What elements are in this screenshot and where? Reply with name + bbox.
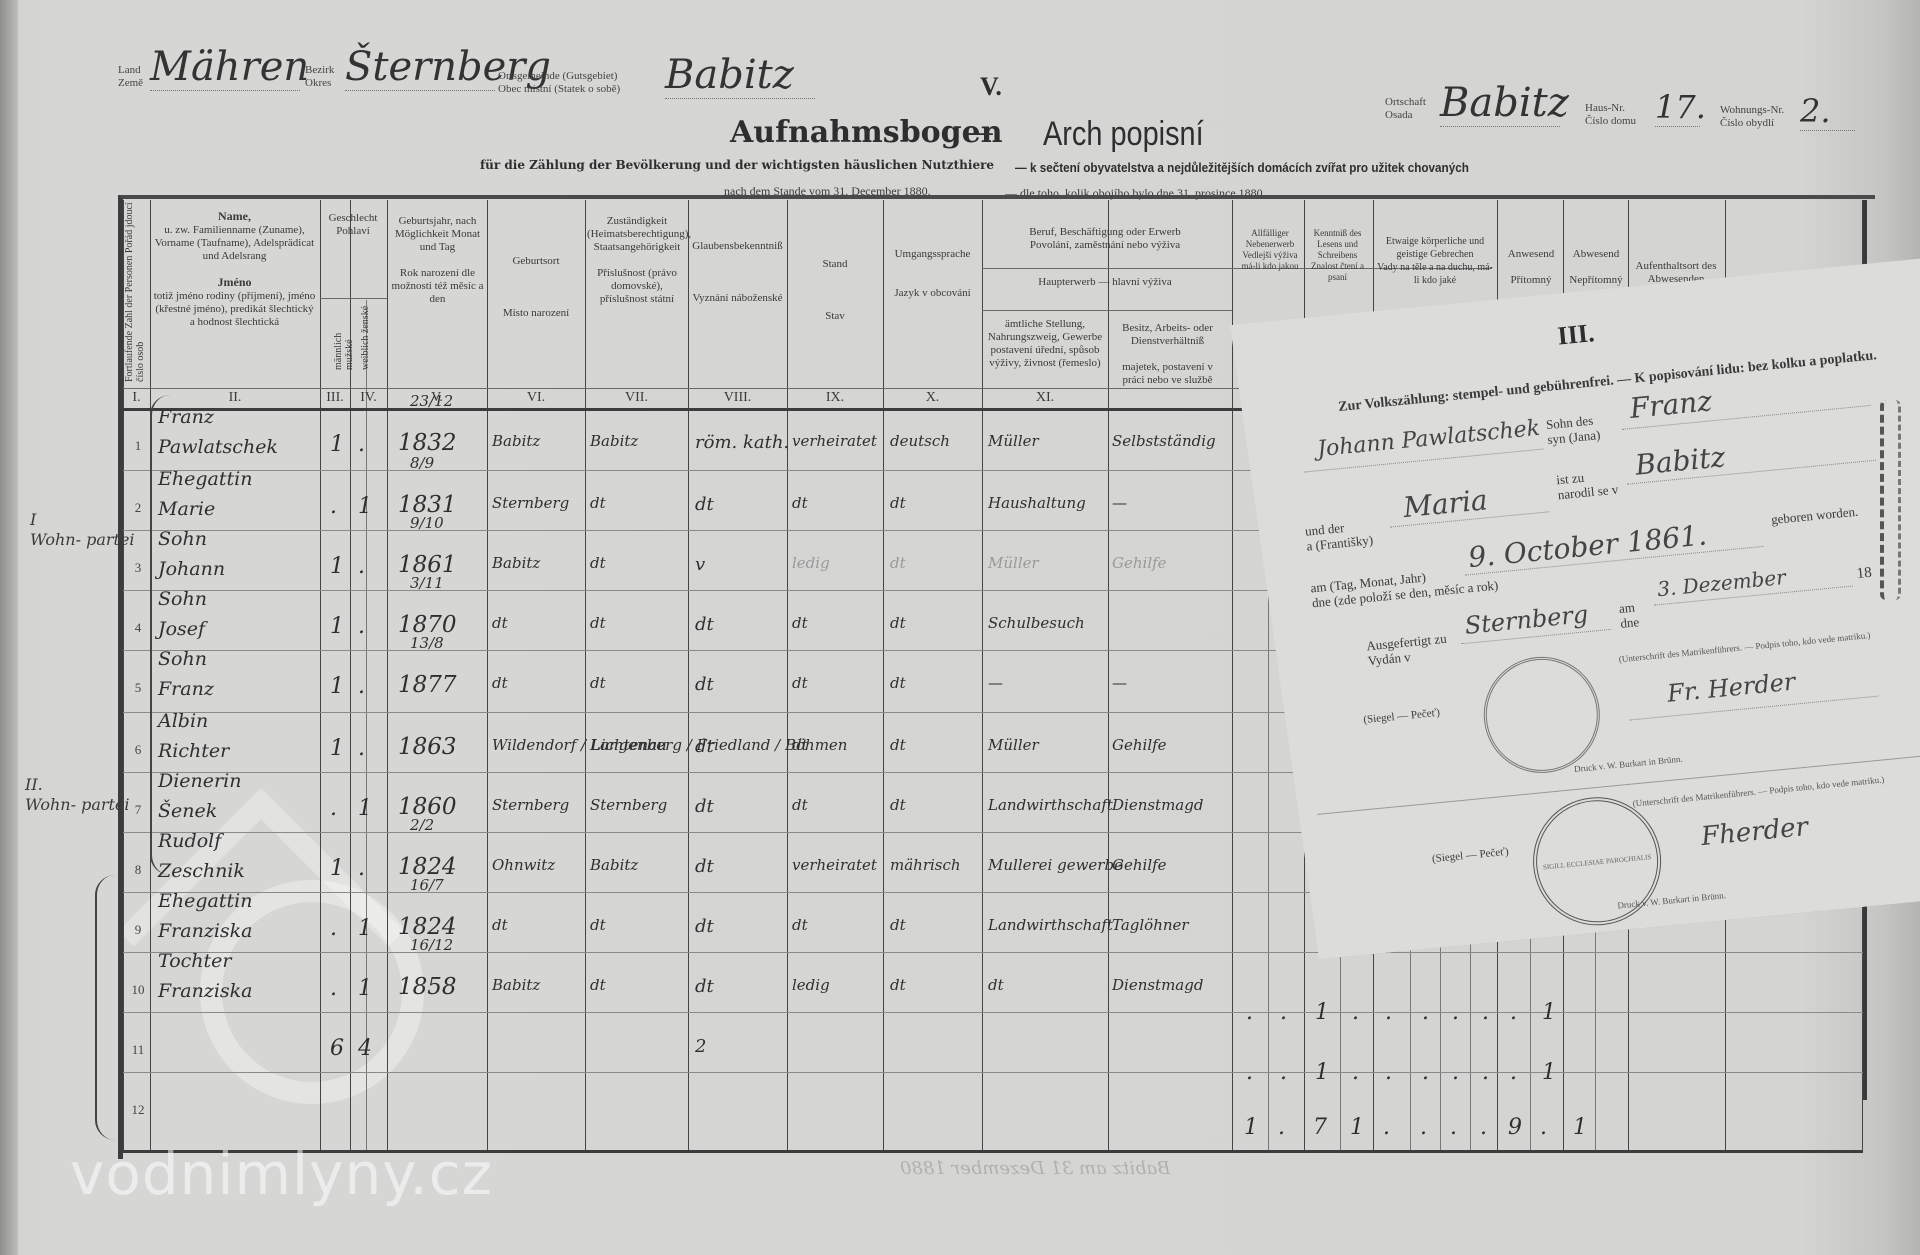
subtitle-czech: — k sečtení obyvatelstva a nejdůležitějš… <box>1015 160 1469 175</box>
row-number: 7 <box>128 802 148 818</box>
ausgefertigt-label: Ausgefertigt zuVydán v <box>1366 631 1449 669</box>
household-brace-2 <box>95 875 115 1140</box>
birth-year: 1832 <box>398 430 457 456</box>
column-number: IX. <box>787 390 883 406</box>
occupation: Mullerei gewerbe <box>988 856 1123 874</box>
language: dt <box>890 976 906 994</box>
col-10-header: ämtliche Stellung, Nahrungszweig, Gewerb… <box>985 318 1105 370</box>
seal-label-1: (Siegel — Pečeť) <box>1363 707 1441 726</box>
marital-status: dt <box>792 674 808 692</box>
row-number: 4 <box>128 620 148 636</box>
male-mark: 1 <box>330 674 344 699</box>
employment-status: Gehilfe <box>1112 736 1167 754</box>
employment-status: Taglöhner <box>1112 916 1189 934</box>
row-number: 9 <box>128 922 148 938</box>
birth-day-month: 13/8 <box>410 634 444 652</box>
birthplace: Babitz <box>492 432 540 450</box>
title-german: Aufnahmsbogen <box>730 115 1003 150</box>
heimat: dt <box>590 916 606 934</box>
header-divider <box>982 268 1232 269</box>
person-name-line-2: Pawlatschek <box>158 436 278 458</box>
total-mark: 9 <box>1508 1115 1522 1140</box>
col-7-header: GlaubensbekenntnißVyznání náboženské <box>690 240 785 305</box>
male-mark: 1 <box>330 736 344 761</box>
heimat: Sternberg <box>590 796 667 814</box>
geboren-label: geboren worden. <box>1770 504 1858 528</box>
birth-certificate: III. Zur Volkszählung: stempel- und gebü… <box>1230 258 1920 962</box>
female-mark: 1 <box>358 494 372 519</box>
female-mark: 1 <box>358 916 372 941</box>
birth-day-month: 16/12 <box>410 936 453 954</box>
row-tick-mark: . <box>1452 1060 1459 1085</box>
column-number: II. <box>150 390 320 406</box>
marital-status: ledig <box>792 976 830 994</box>
certificate-father: Franz <box>1628 384 1713 425</box>
row-tick-mark: . <box>1510 1060 1517 1085</box>
row-tick-mark: 1 <box>1542 1060 1556 1085</box>
heimat: dt <box>590 494 606 512</box>
col-3-female-header: weiblich ženské <box>360 300 371 370</box>
year-prefix: 18 <box>1856 565 1873 583</box>
birth-year: 1858 <box>398 974 457 1000</box>
column-line <box>585 200 586 1150</box>
bleed-through-text: Babitz am 31 Dezember 1880 <box>900 1158 1170 1179</box>
row-tick-mark: . <box>1385 1000 1392 1025</box>
occupation: Schulbesuch <box>988 614 1085 632</box>
row-line <box>123 1012 1863 1013</box>
birthplace: dt <box>492 916 508 934</box>
male-mark: 1 <box>330 432 344 457</box>
person-name-line-2: Franziska <box>158 980 253 1002</box>
female-mark: . <box>358 736 365 761</box>
marital-status: dt <box>792 916 808 934</box>
col-11-header: Besitz, Arbeits- oder Dienstverhältnißma… <box>1110 322 1225 387</box>
male-mark: . <box>330 976 337 1001</box>
row-number: 10 <box>128 982 148 998</box>
wohnung-value: 2. <box>1800 92 1855 131</box>
col-10-subgroup-header: Haupterwerb — hlavní výživa <box>985 276 1225 289</box>
signature-1: Fr. Herder <box>1666 668 1796 708</box>
heimat: Babitz <box>590 856 638 874</box>
col-3-header: GeschlechtPohlaví <box>322 212 384 238</box>
birthplace: Sternberg <box>492 494 569 512</box>
row-tick-mark: . <box>1422 1060 1429 1085</box>
column-line <box>320 200 321 1150</box>
language: dt <box>890 674 906 692</box>
column-number: III. <box>320 390 350 406</box>
language: dt <box>890 796 906 814</box>
birth-day-month: 2/2 <box>410 816 434 834</box>
birth-day-month: 16/7 <box>410 876 444 894</box>
row-tick-mark: . <box>1422 1000 1429 1025</box>
birth-day-month: 9/10 <box>410 514 444 532</box>
certificate-issued-place: Sternberg <box>1464 600 1590 640</box>
total-mark: 1 <box>1350 1115 1364 1140</box>
row-tick-mark: . <box>1280 1000 1287 1025</box>
religion: v <box>695 554 705 575</box>
heimat: dt <box>590 976 606 994</box>
birthplace: Babitz <box>492 554 540 572</box>
marital-status: verheiratet <box>792 856 877 874</box>
row-tick-mark: . <box>1352 1060 1359 1085</box>
gemeinde-value: Babitz <box>665 52 815 99</box>
bezirk-label: BezirkOkres <box>305 64 334 90</box>
total-mark: . <box>1278 1115 1285 1140</box>
seal-label-2: (Siegel — Pečeť) <box>1432 846 1510 865</box>
column-line <box>387 200 388 1150</box>
employment-status: Dienstmagd <box>1112 796 1203 814</box>
parish-seal: SIGILL ECCLESIAE PAROCHIALIS STERNBERG <box>1527 791 1667 931</box>
heimat: dt <box>590 614 606 632</box>
heimat: dt <box>590 674 606 692</box>
birth-year: 1863 <box>398 734 457 760</box>
column-line <box>787 200 788 1150</box>
birthplace: Babitz <box>492 976 540 994</box>
birthplace: Sternberg <box>492 796 569 814</box>
wohnung-label: Wohnungs-Nr.Číslo obydlí <box>1720 104 1784 130</box>
faded-seal <box>1479 652 1606 779</box>
person-name-line-1: Tochter <box>158 950 231 972</box>
row-tick-mark: 1 <box>1315 1060 1329 1085</box>
heimat: dt <box>590 554 606 572</box>
female-mark: . <box>358 554 365 579</box>
religion: dt <box>695 674 714 695</box>
language: mährisch <box>890 856 961 874</box>
occupation: Müller <box>988 432 1039 450</box>
total-mark: 7 <box>1313 1115 1327 1140</box>
column-number: I. <box>123 390 150 406</box>
row-line <box>123 1072 1863 1073</box>
male-mark: 1 <box>330 614 344 639</box>
religion: dt <box>695 614 714 635</box>
language: dt <box>890 736 906 754</box>
col-4-header: Geburtsjahr, nach Möglichkeit Monat und … <box>390 215 485 306</box>
row-number: 8 <box>128 862 148 878</box>
row-number: 6 <box>128 742 148 758</box>
row-tick-mark: . <box>1482 1000 1489 1025</box>
column-number: X. <box>883 390 982 406</box>
employment-status: Gehilfe <box>1112 554 1167 572</box>
row-tick-mark: . <box>1482 1060 1489 1085</box>
marital-status: ledig <box>792 554 830 572</box>
am2-label: amdne <box>1618 599 1640 631</box>
margin-note-household-1: IWohn- partei <box>30 510 135 550</box>
female-mark: . <box>358 674 365 699</box>
religion: dt <box>695 856 714 877</box>
language: dt <box>890 554 906 572</box>
row-line <box>123 952 1863 953</box>
birth-day-month: 8/9 <box>410 454 434 472</box>
col-12-header: Allfälliger NebenerwerbVedlejší výživa m… <box>1240 228 1300 272</box>
male-mark: . <box>330 796 337 821</box>
occupation: Haushaltung <box>988 494 1086 512</box>
ortschaft-label: OrtschaftOsada <box>1385 96 1426 122</box>
employment-status: — <box>1112 494 1127 512</box>
certificate-child-name: Johann Pawlatschek <box>1316 416 1541 462</box>
person-name-line-1: Dienerin <box>158 770 241 792</box>
certificate-issued-date: 3. Dezember <box>1656 565 1787 601</box>
religion: 2 <box>695 1036 706 1057</box>
marital-status: dt <box>792 736 808 754</box>
heimat: Babitz <box>590 432 638 450</box>
female-mark: 1 <box>358 796 372 821</box>
title-czech: Arch popisní <box>1043 115 1204 154</box>
und-label: und dera (Františky) <box>1304 517 1373 553</box>
col-16-header: AbwesendNepřítomný <box>1565 248 1627 287</box>
row-number: 12 <box>128 1102 148 1118</box>
col-9-header: UmgangsspracheJazyk v obcování <box>885 248 980 300</box>
birth-day-month: 3/11 <box>410 574 444 592</box>
binding-edge <box>0 0 18 1255</box>
header-divider <box>320 298 387 299</box>
total-mark: 1 <box>1573 1115 1587 1140</box>
haus-label: Haus-Nr.Číslo domu <box>1585 102 1636 128</box>
marital-status: dt <box>792 494 808 512</box>
sohn-label: Sohn dessyn (Jana) <box>1545 412 1601 447</box>
certificate-number: III. <box>1556 318 1596 351</box>
person-name-line-1: Ehegattin <box>158 890 252 912</box>
column-number: VI. <box>487 390 585 406</box>
religion: dt <box>695 494 714 515</box>
row-number: 11 <box>128 1042 148 1058</box>
col-1-header: Fortlaufende Zahl der Personen Pořád jdo… <box>124 202 146 382</box>
birth-day-month: 23/12 <box>410 392 453 410</box>
household-brace-1 <box>150 395 170 875</box>
col-3-male-header: männlich mužské <box>333 300 355 370</box>
marital-status: dt <box>792 796 808 814</box>
row-tick-mark: . <box>1280 1060 1287 1085</box>
birth-year: 1877 <box>398 672 457 698</box>
female-mark: 4 <box>358 1036 372 1061</box>
person-name-line-2: Franziska <box>158 920 253 942</box>
ist-label: ist zunarodil se v <box>1556 467 1619 503</box>
printer-note-1: Druck v. W. Burkart in Brünn. <box>1574 754 1683 774</box>
male-mark: . <box>330 916 337 941</box>
birthplace: Ohnwitz <box>492 856 555 874</box>
occupation: Müller <box>988 736 1039 754</box>
column-line <box>688 200 689 1150</box>
col-15-header: AnwesendPřítomný <box>1500 248 1562 287</box>
form-number: V. <box>980 72 1002 102</box>
birthplace: dt <box>492 674 508 692</box>
religion: dt <box>695 916 714 937</box>
female-mark: . <box>358 614 365 639</box>
subtitle-german: für die Zählung der Bevölkerung und der … <box>480 158 994 172</box>
row-tick-mark: 1 <box>1542 1000 1556 1025</box>
column-number: VIII. <box>688 390 787 406</box>
subcolumn-line <box>366 300 367 1150</box>
male-mark: 1 <box>330 856 344 881</box>
total-mark: . <box>1540 1115 1547 1140</box>
column-number: IV. <box>350 390 387 406</box>
ortschaft-value: Babitz <box>1440 80 1560 127</box>
language: dt <box>890 614 906 632</box>
title-dash: — <box>968 118 994 148</box>
col-5-header: GeburtsortMísto narození <box>490 255 582 320</box>
religion: röm. kath. <box>695 432 789 453</box>
person-name-line-1: Ehegattin <box>158 468 252 490</box>
occupation: dt <box>988 976 1004 994</box>
male-mark: 6 <box>330 1036 344 1061</box>
row-number: 3 <box>128 560 148 576</box>
employment-status: — <box>1112 674 1127 692</box>
certificate-heading: Zur Volkszählung: stempel- und gebührenf… <box>1338 348 1878 416</box>
female-mark: . <box>358 856 365 881</box>
female-mark: . <box>358 432 365 457</box>
total-mark: . <box>1383 1115 1390 1140</box>
col-14-header: Etwaige körperliche und geistige Gebrech… <box>1375 235 1495 287</box>
person-name-line-2: Zeschnik <box>158 860 245 882</box>
row-tick-mark: . <box>1385 1060 1392 1085</box>
marital-status: verheiratet <box>792 432 877 450</box>
occupation: Landwirthschaft <box>988 916 1113 934</box>
total-mark: . <box>1450 1115 1457 1140</box>
row-tick-mark: . <box>1510 1000 1517 1025</box>
marital-status: dt <box>792 614 808 632</box>
binding-string <box>1880 400 1901 600</box>
row-number: 5 <box>128 680 148 696</box>
heimat: Langenberg / Friedland / Böhmen <box>590 736 847 754</box>
employment-status: Gehilfe <box>1112 856 1167 874</box>
row-number: 1 <box>128 438 148 454</box>
column-number: VII. <box>585 390 688 406</box>
land-value: Mähren <box>150 44 300 91</box>
male-mark: . <box>330 494 337 519</box>
col-8-header: StandStav <box>790 258 880 323</box>
total-mark: . <box>1480 1115 1487 1140</box>
religion: dt <box>695 976 714 997</box>
signature-label-1: (Unterschrift des Matrikenführers. — Pod… <box>1618 630 1870 664</box>
occupation: Landwirthschaft <box>988 796 1113 814</box>
column-line <box>487 200 488 1150</box>
occupation: — <box>988 674 1003 692</box>
column-line <box>883 200 884 1150</box>
female-mark: 1 <box>358 976 372 1001</box>
header-divider <box>982 310 1232 311</box>
language: deutsch <box>890 432 950 450</box>
religion: dt <box>695 736 714 757</box>
total-mark: 1 <box>1244 1115 1258 1140</box>
margin-note-household-2: II.Wohn- partei <box>25 775 130 815</box>
col-6-header: Zuständigkeit (Heimatsberechtigung), Sta… <box>587 215 687 306</box>
signature-2: Fherder <box>1700 812 1809 852</box>
language: dt <box>890 916 906 934</box>
column-number: XI. <box>982 390 1108 406</box>
row-tick-mark: . <box>1246 1060 1253 1085</box>
religion: dt <box>695 796 714 817</box>
row-tick-mark: 1 <box>1315 1000 1329 1025</box>
gemeinde-label: Ortsgemeinde (Gutsgebiet)Obec místní (St… <box>498 70 620 96</box>
column-line <box>982 200 983 1150</box>
male-mark: 1 <box>330 554 344 579</box>
land-label: LandZemě <box>118 64 143 90</box>
col-13-header: Kenntniß des Lesens und SchreibensZnalos… <box>1305 228 1370 283</box>
total-mark: . <box>1420 1115 1427 1140</box>
employment-status: Selbstständig <box>1112 432 1216 450</box>
row-tick-mark: . <box>1246 1000 1253 1025</box>
row-tick-mark: . <box>1352 1000 1359 1025</box>
language: dt <box>890 494 906 512</box>
employment-status: Dienstmagd <box>1112 976 1203 994</box>
occupation: Müller <box>988 554 1039 572</box>
col-10-group-header: Beruf, Beschäftigung oder ErwerbPovolání… <box>985 226 1225 252</box>
birthplace: dt <box>492 614 508 632</box>
row-tick-mark: . <box>1452 1000 1459 1025</box>
col-2-header: Name,u. zw. Familienname (Zuname), Vorna… <box>152 210 317 329</box>
column-line <box>1108 200 1109 1150</box>
watermark-text: vodnimlyny.cz <box>70 1140 493 1208</box>
haus-value: 17. <box>1655 88 1700 127</box>
bezirk-value: Šternberg <box>345 44 495 91</box>
certificate-birth-date: 9. October 1861. <box>1467 518 1708 574</box>
